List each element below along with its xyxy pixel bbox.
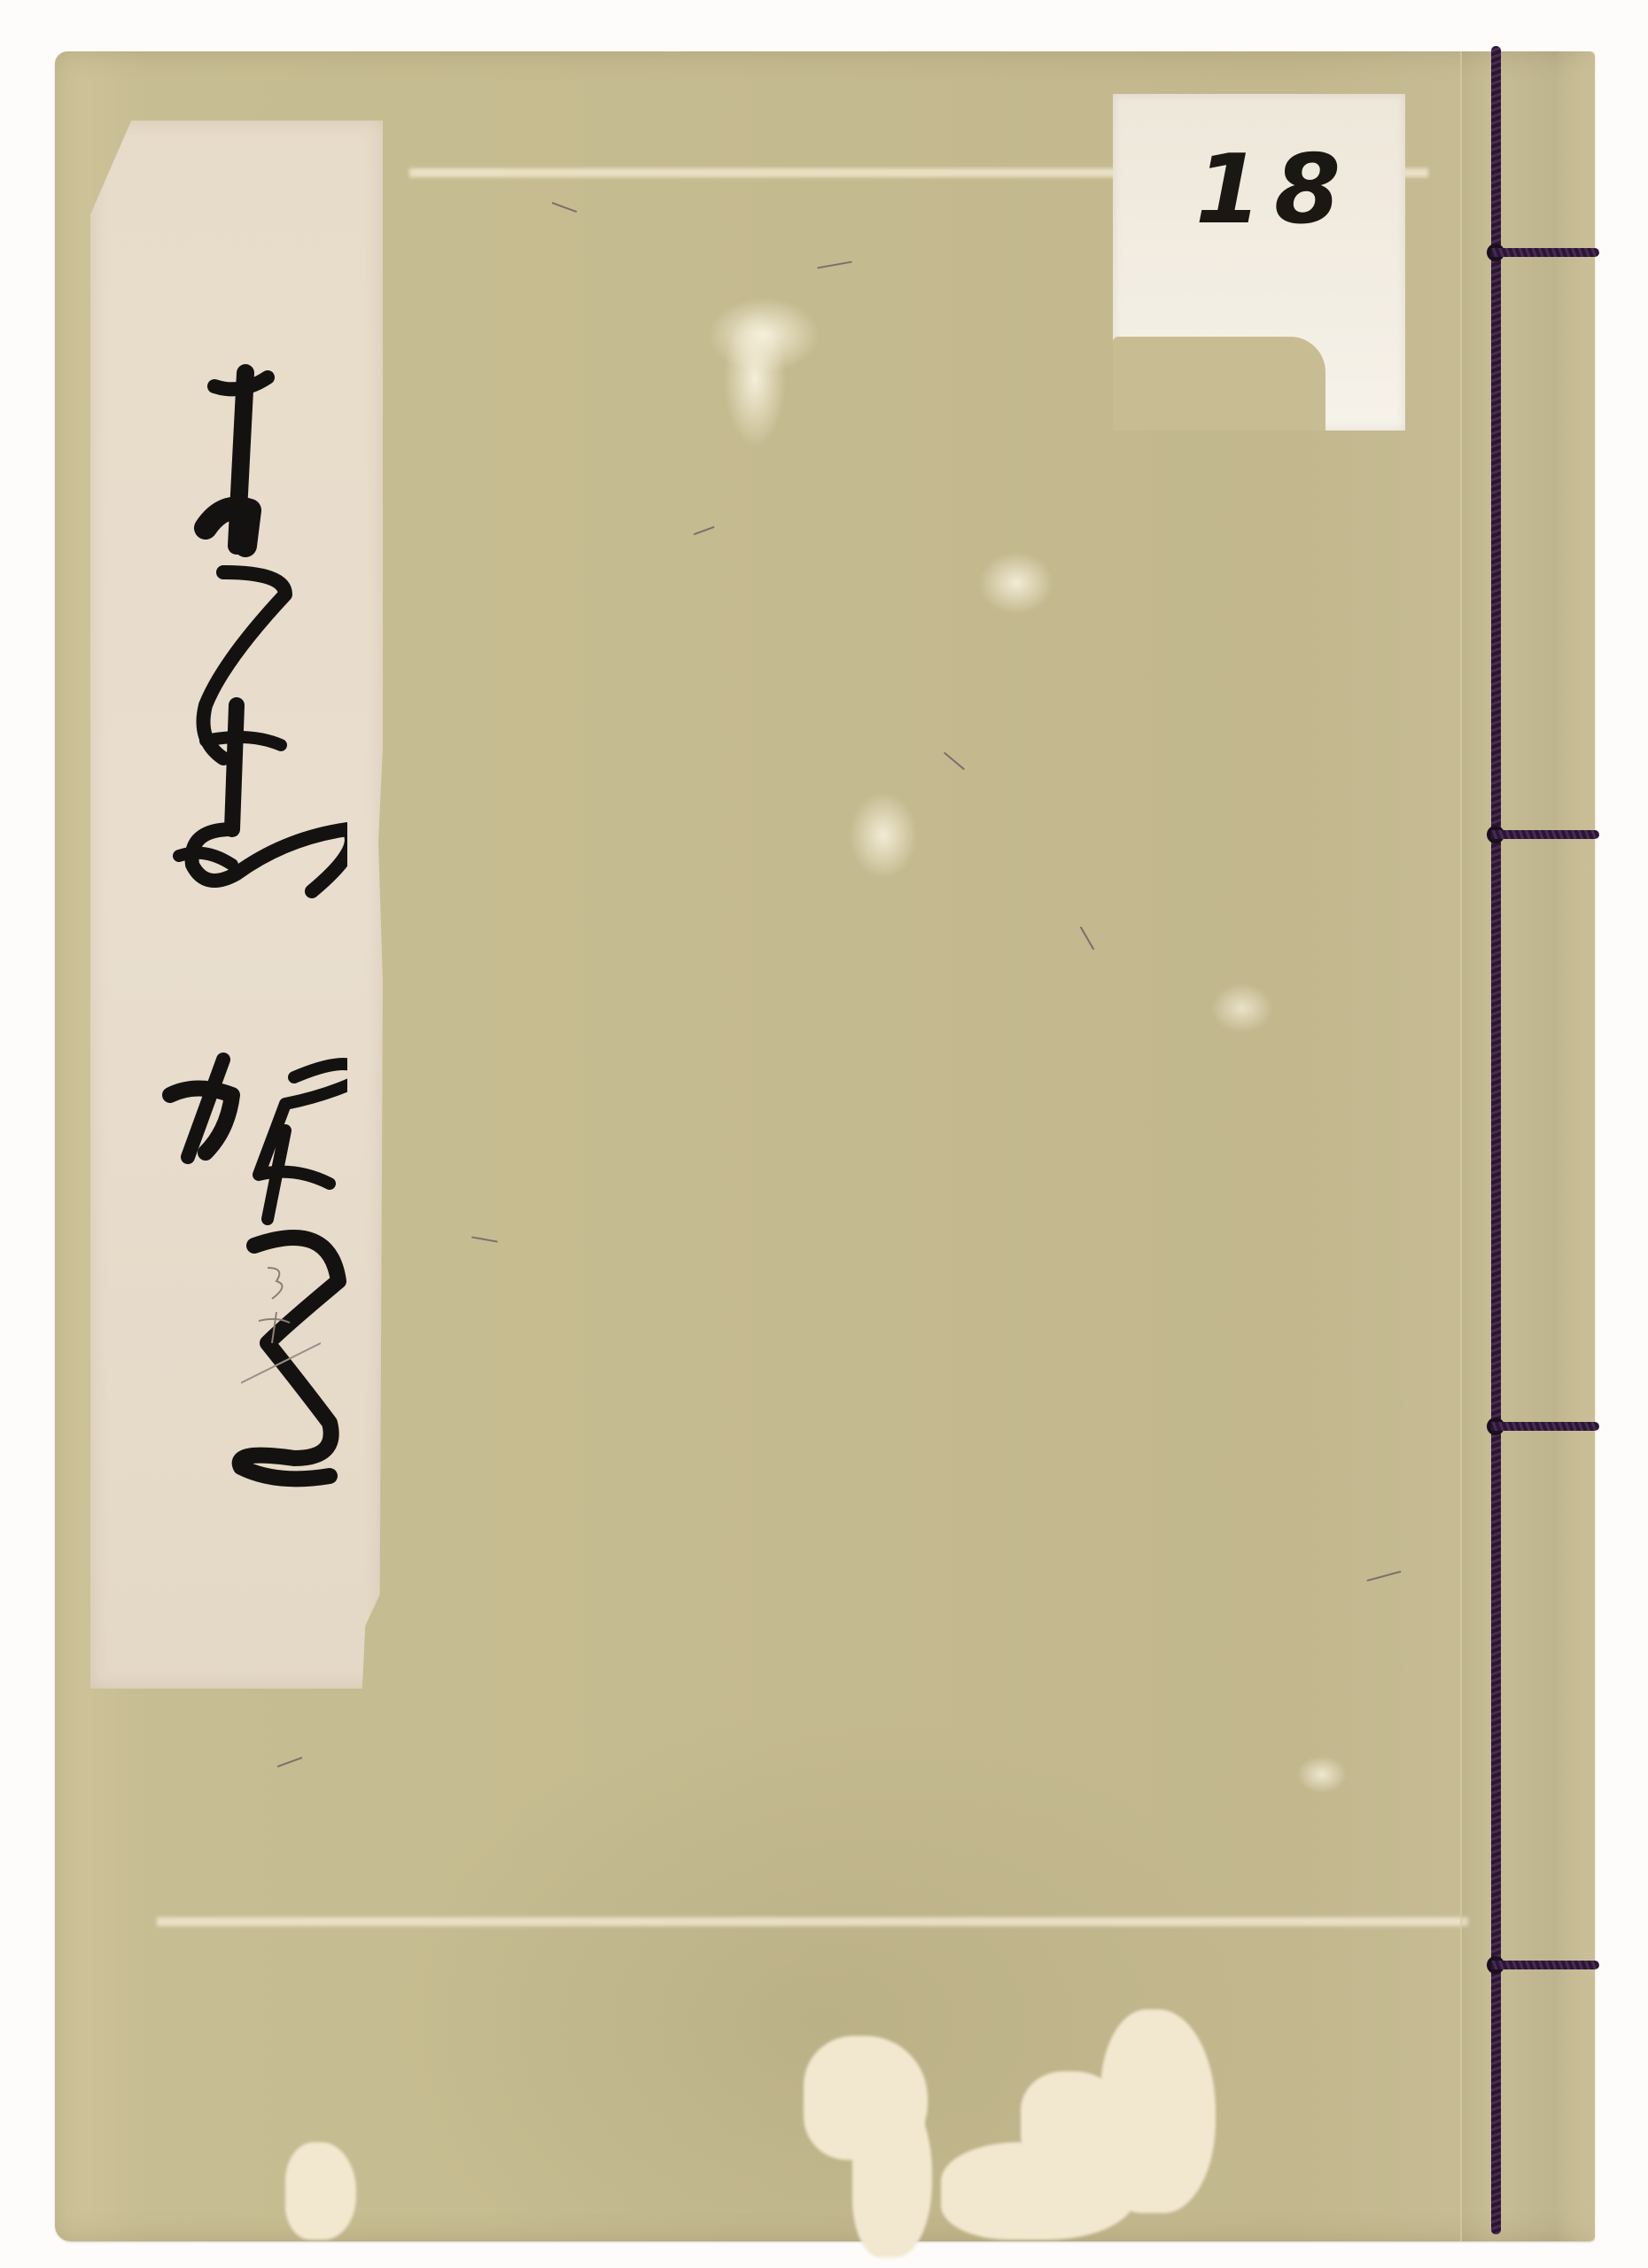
paper-fiber bbox=[693, 526, 714, 535]
paper-fiber bbox=[277, 1757, 303, 1767]
paper-stain bbox=[1100, 2009, 1216, 2213]
paper-fiber bbox=[552, 202, 578, 213]
volume-number: 18 bbox=[1185, 135, 1363, 245]
calligraphy-strokes bbox=[152, 280, 347, 1609]
calligraphy-title bbox=[152, 280, 347, 1609]
paper-fiber bbox=[1366, 1571, 1401, 1581]
binding-cord bbox=[1491, 46, 1501, 2234]
paper-fiber bbox=[1080, 927, 1095, 951]
binding-cord-loop bbox=[1491, 1961, 1599, 1969]
paper-stain bbox=[852, 2089, 932, 2257]
spine-margin bbox=[1460, 51, 1595, 2241]
paper-stain bbox=[285, 2142, 356, 2240]
paper-fiber bbox=[817, 261, 852, 269]
binding-cord-loop bbox=[1491, 248, 1599, 257]
paper-fiber bbox=[471, 1236, 498, 1242]
paper-fiber bbox=[944, 752, 965, 771]
binding-cord-loop bbox=[1491, 1422, 1599, 1431]
title-slip: もとめかさね 3ッ bbox=[90, 120, 383, 1689]
number-label-torn-area bbox=[1113, 337, 1325, 431]
binding-cord-loop bbox=[1491, 830, 1599, 839]
pencil-note: 3ッ bbox=[241, 1259, 321, 1392]
bottom-fold-line bbox=[157, 1917, 1468, 1926]
